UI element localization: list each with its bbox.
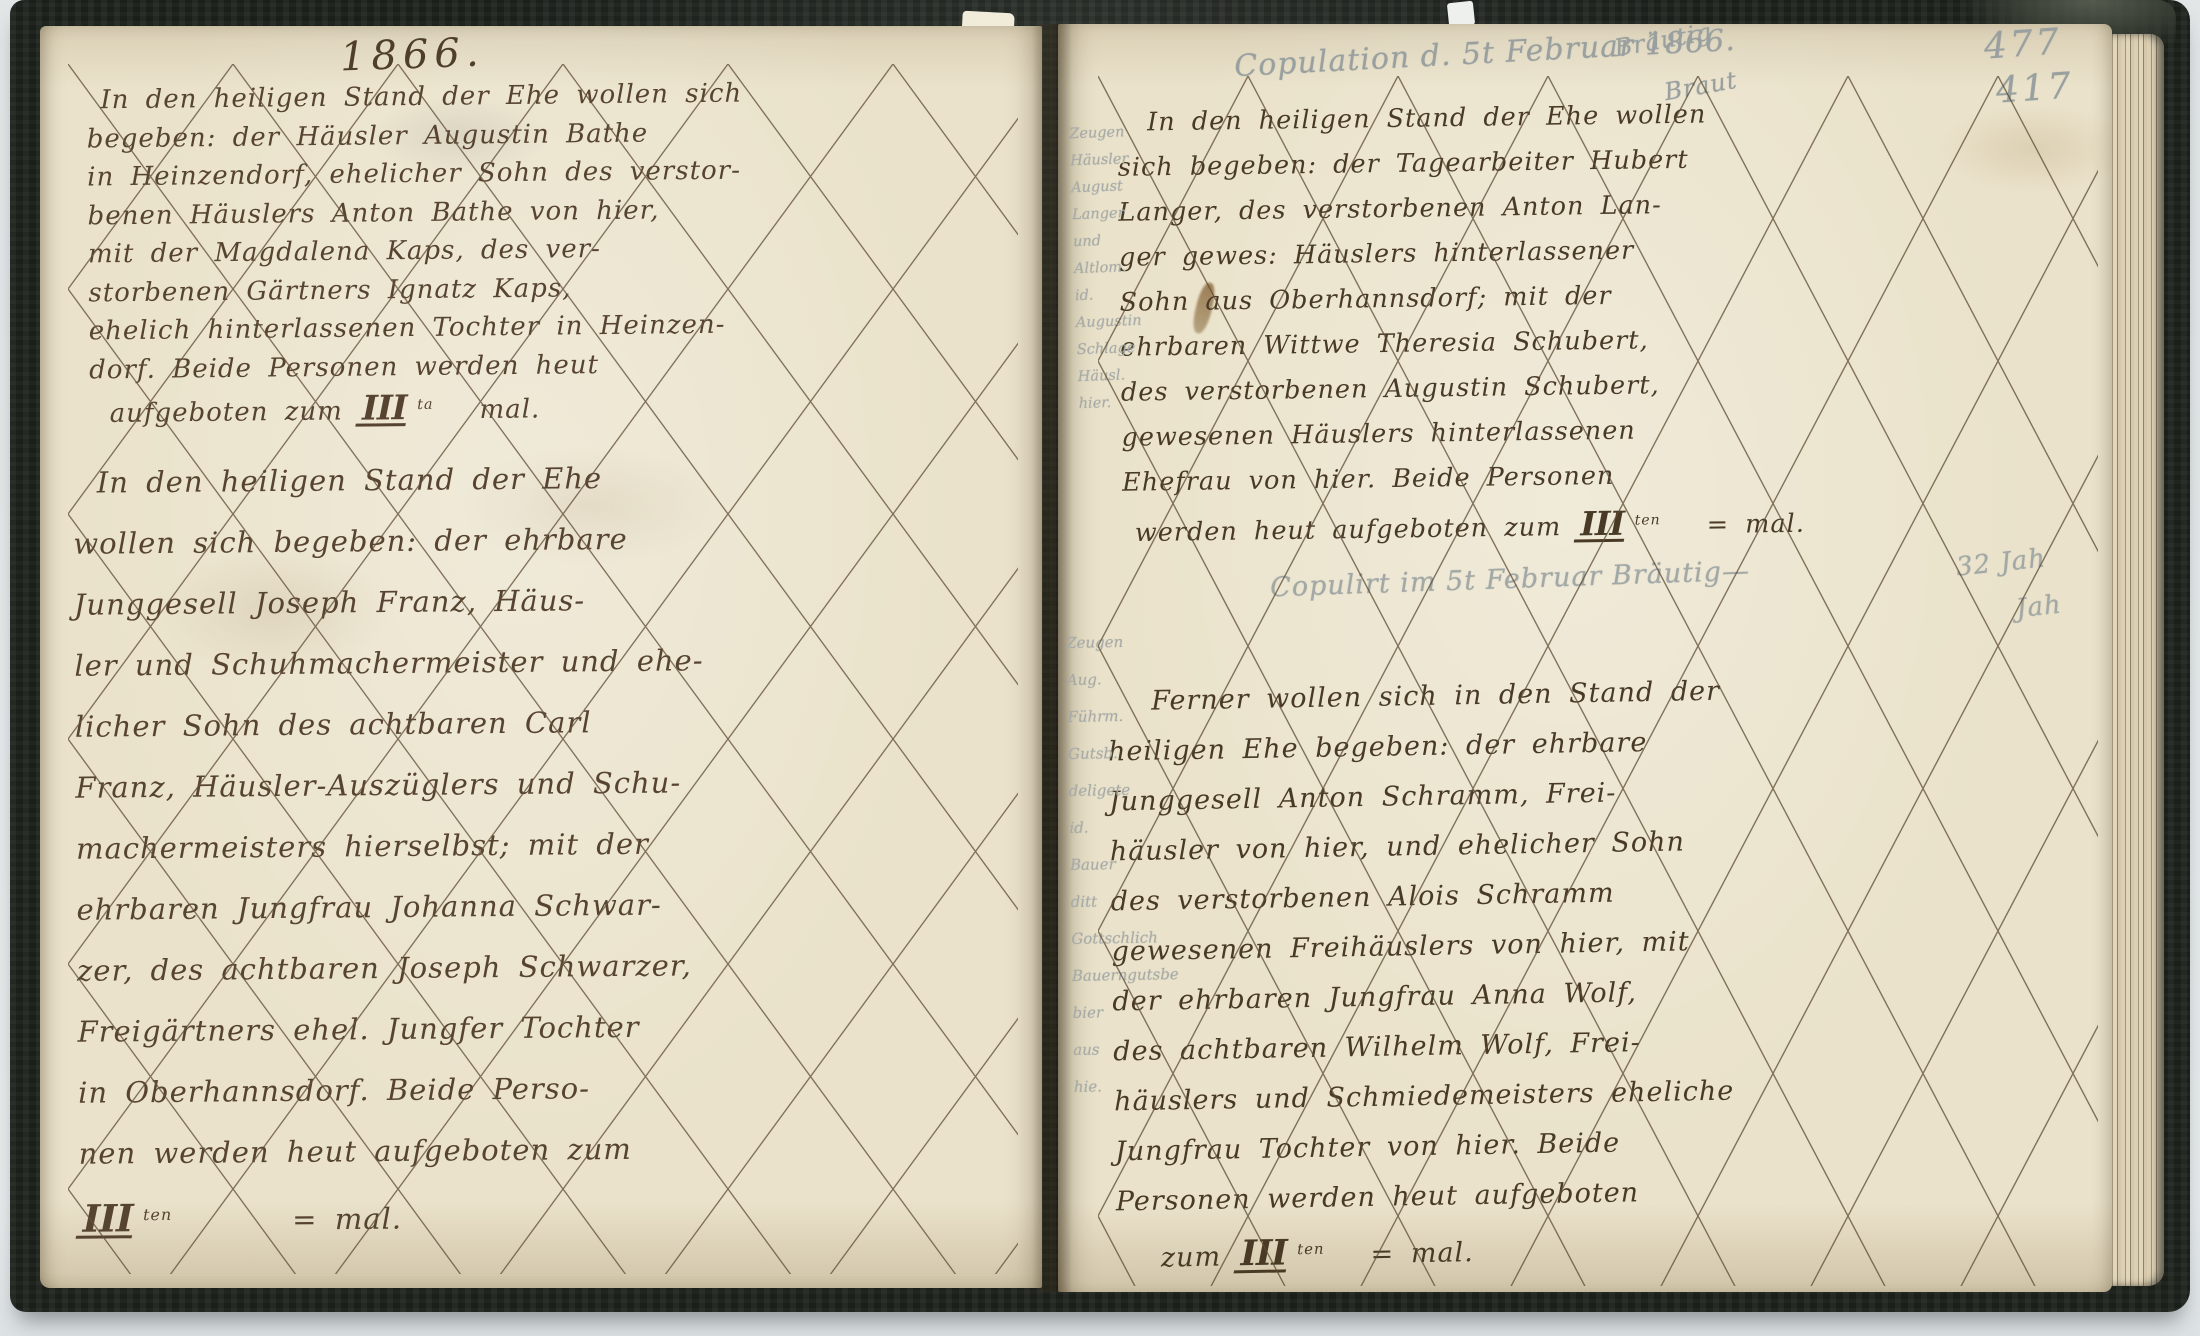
paper-stain (1938, 104, 2112, 194)
manuscript-line: In den heiligen Stand der Ehe (97, 447, 703, 513)
banns-text: aufgeboten zum (109, 396, 342, 428)
margin-note-line: Zeugen (1066, 623, 1173, 662)
manuscript-line: Franz, Häusler-Auszüglers und Schu- (75, 752, 705, 818)
manuscript-line-banns-count: zumIIIten= mal. (1160, 1217, 1737, 1284)
banns-text: = mal. (1707, 509, 1806, 540)
book-cover: 1866. In den heiligen Stand der Ehe woll… (10, 0, 2190, 1312)
photo-background: 1866. In den heiligen Stand der Ehe woll… (0, 0, 2200, 1336)
margin-note-line: aus (1073, 1030, 1180, 1069)
tally-marks: III (355, 393, 412, 426)
manuscript-line-banns-count: IIIten= mal. (79, 1179, 709, 1252)
banns-text: mal. (479, 394, 540, 425)
manuscript-line-banns-count: aufgeboten zumIIItamal. (109, 383, 745, 434)
margin-note-line: Altlom. (1074, 254, 1141, 283)
margin-note-line: Zeugen (1069, 119, 1136, 148)
margin-note-line: hie. (1074, 1067, 1181, 1106)
manuscript-line: machermeisters hierselbst; mit der (76, 813, 706, 879)
manuscript-line: ler und Schuhmachermeister und ehe- (74, 630, 704, 696)
margin-note-line: id. (1074, 281, 1141, 310)
manuscript-line: ehrbaren Jungfrau Johanna Schwar- (76, 874, 706, 940)
pencil-witness-notes-entry1: Zeugen Häusler August Langer und Altlom.… (1069, 119, 1145, 418)
banns-text: werden heut aufgeboten zum (1135, 512, 1562, 548)
ordinal-superscript: ten (143, 1205, 172, 1224)
tally-marks: III (1234, 1238, 1293, 1273)
margin-note-line: Häusl. (1077, 362, 1144, 391)
margin-note-line: Führm. (1067, 697, 1174, 736)
tally-marks: III (76, 1202, 139, 1239)
ordinal-superscript: ta (417, 397, 433, 413)
banns-entry-bathe-kaps: In den heiligen Stand der Ehe wollen sic… (86, 75, 746, 434)
manuscript-line: in Oberhannsdorf. Beide Perso- (78, 1057, 708, 1123)
margin-note-line: August (1071, 173, 1138, 202)
margin-note-line: hier. (1078, 389, 1145, 418)
manuscript-line: ehelich hinterlassenen Tochter in Heinze… (89, 306, 745, 351)
pencil-page-number-top: 477 (1983, 24, 2063, 68)
manuscript-line: Junggesell Joseph Franz, Häus- (74, 569, 704, 635)
manuscript-line: nen werden heut aufgeboten zum (78, 1118, 708, 1184)
margin-note-line: id. (1069, 808, 1176, 847)
left-page: 1866. In den heiligen Stand der Ehe woll… (40, 26, 1042, 1288)
banns-text: = mal. (292, 1202, 402, 1237)
year-heading: 1866. (339, 29, 485, 80)
banns-text: zum (1161, 1242, 1222, 1274)
margin-note-line: Aug. (1066, 660, 1173, 699)
margin-note-line: Schlage (1076, 335, 1143, 364)
banns-entry-langer-schubert: In den heiligen Stand der Ehe wollen sic… (1117, 91, 1805, 556)
pencil-age-note: Jah (2015, 590, 2064, 625)
margin-note-line: Gutsb. (1068, 734, 1175, 773)
manuscript-line: benen Häuslers Anton Bathe von hier, (87, 190, 743, 235)
margin-note-line: Bauer (1070, 845, 1177, 884)
manuscript-line: In den heiligen Stand der Ehe wollen sic… (100, 75, 742, 120)
banns-entry-schramm-wolf: Ferner wollen sich in den Stand der heil… (1107, 667, 1738, 1285)
tally-marks: III (1574, 509, 1630, 542)
page-edges-fan (2108, 34, 2164, 1286)
right-page: Copulation d. 5t Februar 1866. Bräutig B… (1058, 24, 2112, 1292)
margin-note-line: Bauerngutsbe (1072, 956, 1179, 995)
margin-note-line: bier (1072, 993, 1179, 1032)
margin-note-line: Langer (1072, 200, 1139, 229)
margin-note-line: Augustin (1075, 308, 1142, 337)
pencil-page-number-bottom: 417 (1995, 65, 2075, 111)
manuscript-line-banns-count: werden heut aufgeboten zumIIIten= mal. (1135, 496, 1806, 556)
ordinal-superscript: ten (1635, 512, 1661, 528)
manuscript-line: Freigärtners ehel. Jungfer Tochter (77, 996, 707, 1062)
margin-note-line: und (1073, 227, 1140, 256)
banns-entry-franz-schwarzer: In den heiligen Stand der Ehe wollen sic… (73, 447, 709, 1252)
manuscript-line: licher Sohn des achtbaren Carl (75, 691, 705, 757)
banns-text: = mal. (1370, 1237, 1474, 1270)
margin-note-line: deligete (1068, 771, 1175, 810)
manuscript-line: wollen sich begeben: der ehrbare (73, 508, 703, 574)
manuscript-line: in Heinzendorf, ehelicher Sohn des verst… (87, 152, 743, 197)
manuscript-line: zer, des achtbaren Joseph Schwarzer, (77, 935, 707, 1001)
pencil-witness-notes-entry2: Zeugen Aug. Führm. Gutsb. deligete id. B… (1066, 623, 1181, 1106)
pencil-age-note: 32 Jah (1955, 543, 2048, 582)
margin-note-line: ditt (1070, 882, 1177, 921)
margin-note-line: Häusler (1070, 146, 1137, 175)
ordinal-superscript: ten (1297, 1240, 1325, 1258)
pencil-copulirt-note: Copulirt im 5t Februar Bräutig— (1270, 556, 1751, 604)
margin-note-line: Gottschlich (1071, 919, 1178, 958)
